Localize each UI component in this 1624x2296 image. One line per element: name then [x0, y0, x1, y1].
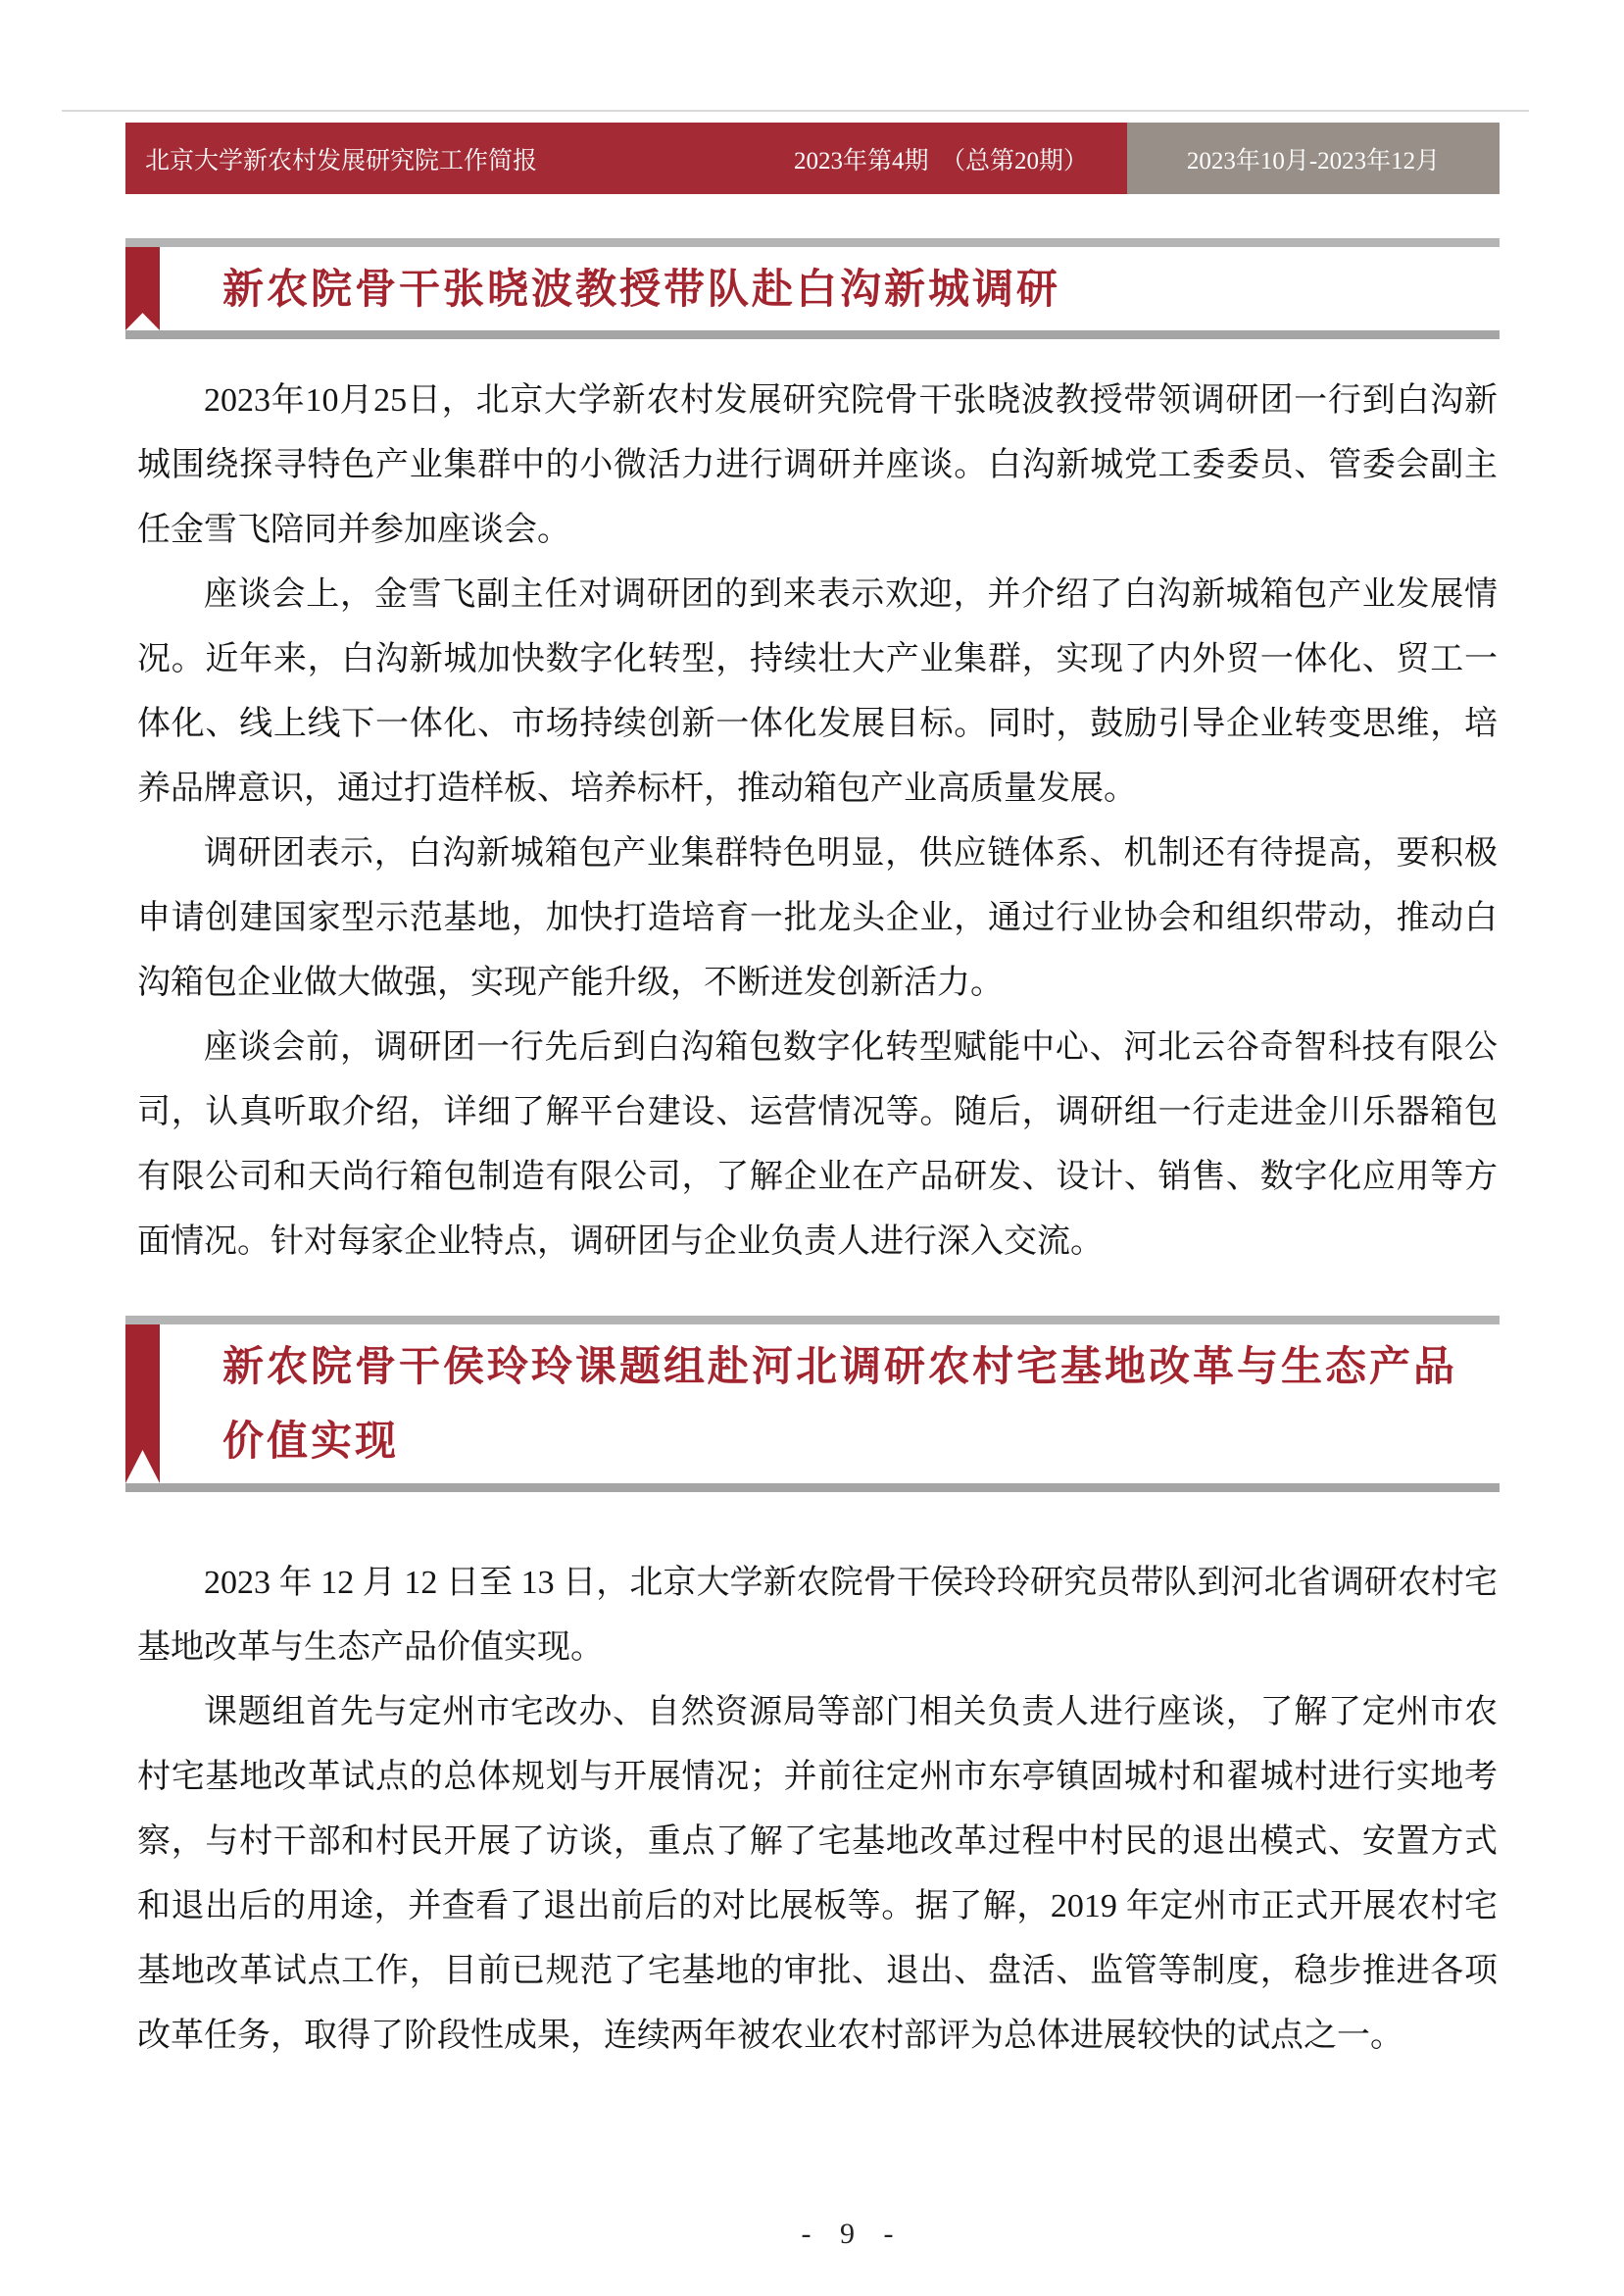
- masthead: 北京大学新农村发展研究院工作简报 2023年第4期 （总第20期） 2023年1…: [125, 123, 1500, 194]
- heading-top-rule: [125, 238, 1500, 247]
- top-divider-rule: [62, 110, 1529, 112]
- section-2: 新农院骨干侯玲玲课题组赴河北调研农村宅基地改革与生态产品价值实现 2023 年 …: [125, 1316, 1500, 2069]
- paragraph: 2023年10月25日，北京大学新农村发展研究院骨干张晓波教授带领调研团一行到白…: [137, 369, 1498, 563]
- section-2-title: 新农院骨干侯玲玲课题组赴河北调研农村宅基地改革与生态产品价值实现: [222, 1329, 1500, 1478]
- section-1-title: 新农院骨干张晓波教授带队赴白沟新城调研: [222, 247, 1500, 330]
- heading-bottom-rule: [125, 1483, 1500, 1492]
- heading-bottom-rule: [125, 330, 1500, 339]
- section-1: 新农院骨干张晓波教授带队赴白沟新城调研 2023年10月25日，北京大学新农村发…: [125, 238, 1500, 1274]
- section-1-heading: 新农院骨干张晓波教授带队赴白沟新城调研: [125, 238, 1500, 339]
- paragraph: 座谈会上，金雪飞副主任对调研团的到来表示欢迎，并介绍了白沟新城箱包产业发展情况。…: [137, 563, 1498, 822]
- issue-label: 2023年第4期 （总第20期）: [794, 141, 1088, 176]
- masthead-red-band: 北京大学新农村发展研究院工作简报 2023年第4期 （总第20期）: [125, 123, 1127, 194]
- paragraph: 2023 年 12 月 12 日至 13 日，北京大学新农院骨干侯玲玲研究员带队…: [137, 1551, 1498, 1680]
- paragraph: 调研团表示，白沟新城箱包产业集群特色明显，供应链体系、机制还有待提高，要积极申请…: [137, 822, 1498, 1016]
- newsletter-title: 北京大学新农村发展研究院工作简报: [145, 141, 537, 176]
- period-label: 2023年10月-2023年12月: [1187, 141, 1440, 176]
- masthead-gray-band: 2023年10月-2023年12月: [1127, 123, 1500, 194]
- bookmark-ribbon-icon: [125, 247, 160, 330]
- section-2-heading: 新农院骨干侯玲玲课题组赴河北调研农村宅基地改革与生态产品价值实现: [125, 1316, 1500, 1492]
- paragraph: 课题组首先与定州市宅改办、自然资源局等部门相关负责人进行座谈，了解了定州市农村宅…: [137, 1680, 1498, 2069]
- heading-top-rule: [125, 1316, 1500, 1324]
- bookmark-ribbon-icon: [125, 1324, 160, 1483]
- content-column: 新农院骨干张晓波教授带队赴白沟新城调研 2023年10月25日，北京大学新农村发…: [125, 238, 1500, 2069]
- bulletin-page: 北京大学新农村发展研究院工作简报 2023年第4期 （总第20期） 2023年1…: [0, 0, 1624, 2296]
- section-2-body: 2023 年 12 月 12 日至 13 日，北京大学新农院骨干侯玲玲研究员带队…: [137, 1551, 1498, 2069]
- page-number: - 9 -: [0, 2218, 1624, 2251]
- paragraph: 座谈会前，调研团一行先后到白沟箱包数字化转型赋能中心、河北云谷奇智科技有限公司，…: [137, 1016, 1498, 1274]
- section-1-body: 2023年10月25日，北京大学新农村发展研究院骨干张晓波教授带领调研团一行到白…: [137, 369, 1498, 1274]
